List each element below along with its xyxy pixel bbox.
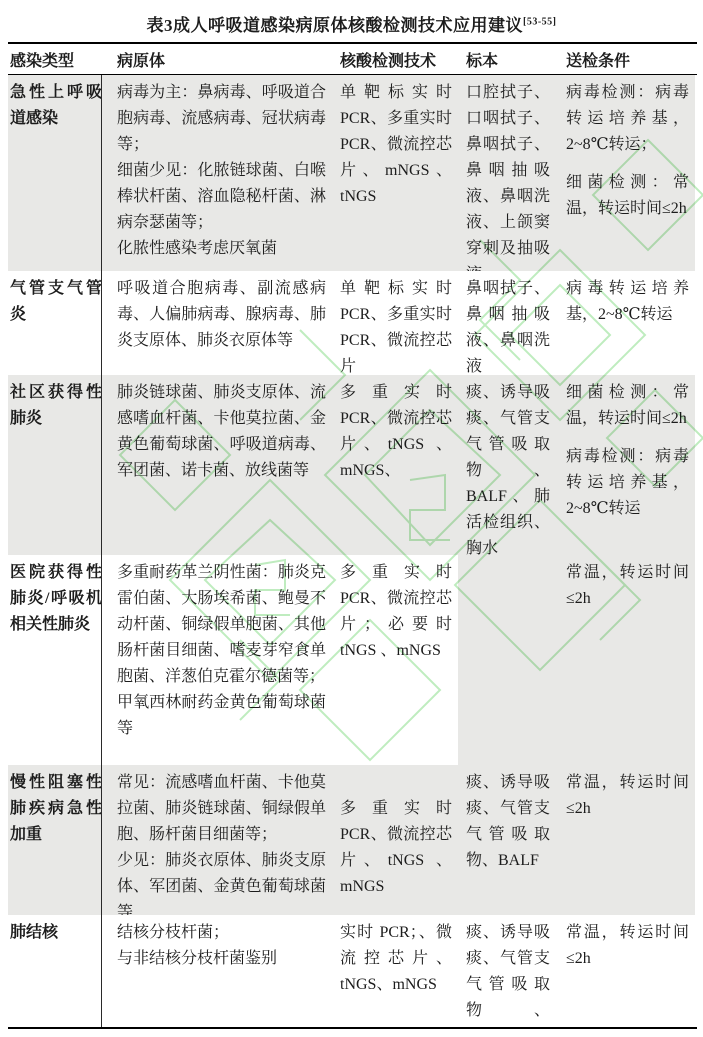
header-pathogen: 病原体 [108, 48, 332, 71]
pathogen-cell: 多重耐药革兰阴性菌：肺炎克雷伯菌、大肠埃希菌、鲍曼不动杆菌、铜绿假单胞菌、其他肠… [108, 555, 332, 765]
technique-cell: 多重实时 PCR、微流控芯片、tNGS 、mNGS [332, 765, 458, 915]
infection-type-cell: 气管支气管炎 [8, 271, 108, 375]
condition-paragraph: 病毒检测：病毒转运培养基，2~8℃转运 [566, 444, 689, 522]
column-divider-line [101, 75, 102, 1027]
table-header-row: 感染类型 病原体 核酸检测技术 标本 送检条件 [8, 42, 697, 75]
condition-paragraph: 病毒转运培养基，2~8℃转运 [566, 276, 689, 328]
condition-paragraph: 细菌检测：常温，转运时间≤2h [566, 380, 689, 432]
specimen-cell: 鼻咽拭子、鼻咽抽吸液、鼻咽洗液 [458, 271, 556, 375]
header-condition: 送检条件 [556, 48, 695, 71]
pathogen-paragraph: 甲氧西林耐药金黄色葡萄球菌等 [117, 690, 326, 742]
technique-cell: 实时 PCR；、微流控芯片、tNGS、mNGS [332, 915, 458, 1027]
pathogen-cell: 常见：流感嗜血杆菌、卡他莫拉菌、肺炎链球菌、铜绿假单胞、肠杆菌目细菌等； 少见：… [108, 765, 332, 915]
condition-cell: 细菌检测：常温，转运时间≤2h 病毒检测：病毒转运培养基，2~8℃转运 [556, 375, 695, 555]
header-technique: 核酸检测技术 [332, 48, 458, 71]
technique-cell: 多重实时 PCR、微流控芯片、tNGS 、mNGS、 [332, 375, 458, 555]
condition-paragraph: 常温，转运时间≤2h [566, 920, 689, 972]
pathogen-paragraph: 常见：流感嗜血杆菌、卡他莫拉菌、肺炎链球菌、铜绿假单胞、肠杆菌目细菌等； [117, 770, 326, 848]
condition-cell: 常温，转运时间≤2h [556, 915, 695, 1027]
condition-cell: 病毒检测：病毒转运培养基，2~8℃转运； 细菌检测：常温，转运时间≤2h [556, 75, 695, 271]
pathogen-paragraph: 病毒为主：鼻病毒、呼吸道合胞病毒、流感病毒、冠状病毒等； [117, 80, 326, 158]
specimen-cell: 痰、诱导吸痰、气管支气管吸取物、BALF、 [458, 915, 556, 1027]
pathogen-paragraph: 少见：肺炎衣原体、肺炎支原体、军团菌、金黄色葡萄球菌等 [117, 848, 326, 915]
condition-paragraph: 常温，转运时间≤2h [566, 560, 689, 612]
table-bottom-rule [8, 1027, 697, 1029]
infection-type-cell: 急性上呼吸道感染 [8, 75, 108, 271]
infection-type-cell: 肺结核 [8, 915, 108, 1027]
infection-type-cell: 慢性阻塞性肺疾病急性加重 [8, 765, 108, 915]
condition-cell: 常温，转运时间≤2h [556, 555, 695, 765]
pathogen-cell: 病毒为主：鼻病毒、呼吸道合胞病毒、流感病毒、冠状病毒等； 细菌少见：化脓链球菌、… [108, 75, 332, 271]
table-row: 气管支气管炎 呼吸道合胞病毒、副流感病毒、人偏肺病毒、腺病毒、肺炎支原体、肺炎衣… [8, 271, 697, 375]
data-table: 感染类型 病原体 核酸检测技术 标本 送检条件 急性上呼吸道感染 病毒为主：鼻病… [8, 42, 697, 1029]
citation-superscript: [53-55] [523, 16, 557, 27]
condition-paragraph: 病毒检测：病毒转运培养基，2~8℃转运； [566, 80, 689, 158]
header-specimen: 标本 [458, 48, 556, 71]
specimen-cell: 口腔拭子、口咽拭子、鼻咽拭子、鼻咽抽吸液、鼻咽洗液、上颌窦穿刺及抽吸液 [458, 75, 556, 271]
pathogen-paragraph: 细菌少见：化脓链球菌、白喉棒状杆菌、溶血隐秘杆菌、淋病奈瑟菌等； [117, 158, 326, 236]
technique-cell: 多重实时 PCR、微流控芯片；必要时 tNGS 、mNGS [332, 555, 458, 765]
condition-paragraph: 细菌检测：常温，转运时间≤2h [566, 170, 689, 222]
pathogen-paragraph: 多重耐药革兰阴性菌：肺炎克雷伯菌、大肠埃希菌、鲍曼不动杆菌、铜绿假单胞菌、其他肠… [117, 560, 326, 690]
header-infection-type: 感染类型 [8, 48, 108, 71]
pathogen-cell: 呼吸道合胞病毒、副流感病毒、人偏肺病毒、腺病毒、肺炎支原体、肺炎衣原体等 [108, 271, 332, 375]
condition-paragraph: 常温，转运时间≤2h [566, 770, 689, 822]
table-title: 表3成人呼吸道感染病原体核酸检测技术应用建议[53-55] [0, 0, 703, 42]
pathogen-paragraph: 化脓性感染考虑厌氧菌 [117, 236, 326, 262]
table-title-text: 表3成人呼吸道感染病原体核酸检测技术应用建议 [147, 16, 524, 35]
pathogen-paragraph: 呼吸道合胞病毒、副流感病毒、人偏肺病毒、腺病毒、肺炎支原体、肺炎衣原体等 [117, 276, 326, 354]
specimen-cell [458, 555, 556, 765]
table-row: 医院获得性肺炎/呼吸机相关性肺炎 多重耐药革兰阴性菌：肺炎克雷伯菌、大肠埃希菌、… [8, 555, 697, 765]
table-row: 慢性阻塞性肺疾病急性加重 常见：流感嗜血杆菌、卡他莫拉菌、肺炎链球菌、铜绿假单胞… [8, 765, 697, 915]
pathogen-cell: 结核分枝杆菌； 与非结核分枝杆菌鉴别 [108, 915, 332, 1027]
table-row: 急性上呼吸道感染 病毒为主：鼻病毒、呼吸道合胞病毒、流感病毒、冠状病毒等； 细菌… [8, 75, 697, 271]
document-page: 表3成人呼吸道感染病原体核酸检测技术应用建议[53-55] 感染类型 病原体 核… [0, 0, 703, 1037]
technique-cell: 单靶标实时 PCR、多重实时 PCR、微流控芯片 [332, 271, 458, 375]
infection-type-cell: 医院获得性肺炎/呼吸机相关性肺炎 [8, 555, 108, 765]
condition-cell: 常温，转运时间≤2h [556, 765, 695, 915]
table-row: 肺结核 结核分枝杆菌； 与非结核分枝杆菌鉴别 实时 PCR；、微流控芯片、tNG… [8, 915, 697, 1027]
pathogen-paragraph: 结核分枝杆菌； [117, 920, 326, 946]
condition-cell: 病毒转运培养基，2~8℃转运 [556, 271, 695, 375]
infection-type-cell: 社区获得性肺炎 [8, 375, 108, 555]
specimen-cell: 痰、诱导吸痰、气管支气管吸取物、BALF [458, 765, 556, 915]
pathogen-cell: 肺炎链球菌、肺炎支原体、流感嗜血杆菌、卡他莫拉菌、金黄色葡萄球菌、呼吸道病毒、军… [108, 375, 332, 555]
pathogen-paragraph: 与非结核分枝杆菌鉴别 [117, 946, 326, 972]
technique-cell: 单靶标实时PCR、多重实时 PCR、微流控芯片、mNGS、tNGS [332, 75, 458, 271]
pathogen-paragraph: 肺炎链球菌、肺炎支原体、流感嗜血杆菌、卡他莫拉菌、金黄色葡萄球菌、呼吸道病毒、军… [117, 380, 326, 484]
specimen-cell: 痰、诱导吸痰、气管支气管吸取物、BALF、肺活检组织、胸水 [458, 375, 556, 555]
table-row: 社区获得性肺炎 肺炎链球菌、肺炎支原体、流感嗜血杆菌、卡他莫拉菌、金黄色葡萄球菌… [8, 375, 697, 555]
